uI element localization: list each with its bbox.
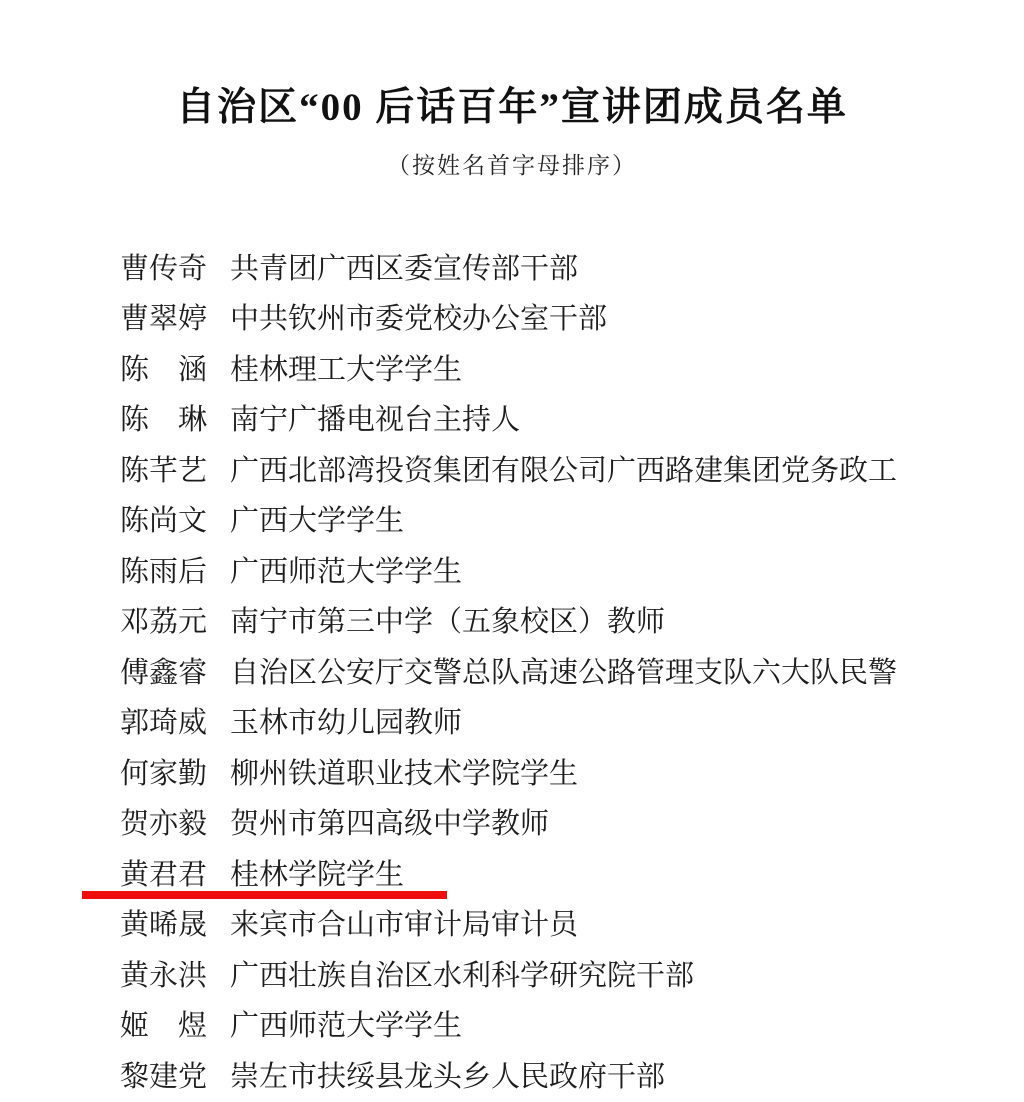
- member-position: 中共钦州市委党校办公室干部: [230, 296, 607, 337]
- member-position: 贺州市第四高级中学教师: [230, 801, 549, 842]
- member-row: 陈 涵 桂林理工大学学生: [0, 342, 1024, 393]
- member-name: 曹翠婷: [120, 296, 230, 337]
- member-name: 陈尚文: [120, 498, 230, 539]
- member-row: 陈尚文 广西大学学生: [0, 494, 1024, 545]
- member-row: 郭琦威 玉林市幼儿园教师: [0, 696, 1024, 747]
- member-position: 广西师范大学学生: [230, 1003, 462, 1044]
- member-position: 来宾市合山市审计局审计员: [230, 902, 578, 943]
- member-name: 黄晞晟: [120, 902, 230, 943]
- member-position: 广西北部湾投资集团有限公司广西路建集团党务政工: [230, 448, 897, 489]
- member-position: 广西大学学生: [230, 498, 404, 539]
- member-name: 姬 煜: [120, 1003, 230, 1044]
- member-name: 黎建党: [120, 1054, 230, 1095]
- member-position: 崇左市扶绥县龙头乡人民政府干部: [230, 1054, 665, 1095]
- member-row: 陈 琳 南宁广播电视台主持人: [0, 393, 1024, 444]
- member-name: 黄君君: [120, 852, 230, 893]
- member-position: 自治区公安厅交警总队高速公路管理支队六大队民警: [230, 650, 897, 691]
- member-row: 贺亦毅 贺州市第四高级中学教师: [0, 797, 1024, 848]
- member-name: 郭琦威: [120, 700, 230, 741]
- member-name: 陈 琳: [120, 397, 230, 438]
- member-position: 广西壮族自治区水利科学研究院干部: [230, 953, 694, 994]
- document-page: 自治区“00 后话百年”宣讲团成员名单 （按姓名首字母排序） 曹传奇 共青团广西…: [0, 0, 1024, 1102]
- member-row: 黄永洪 广西壮族自治区水利科学研究院干部: [0, 948, 1024, 999]
- member-name: 傅鑫睿: [120, 650, 230, 691]
- member-row: 姬 煜 广西师范大学学生: [0, 999, 1024, 1050]
- member-name: 邓荔元: [120, 599, 230, 640]
- member-row: 何家勤 柳州铁道职业技术学院学生: [0, 746, 1024, 797]
- member-name: 何家勤: [120, 751, 230, 792]
- member-position: 桂林学院学生: [230, 852, 404, 893]
- member-row: 陈芊艺 广西北部湾投资集团有限公司广西路建集团党务政工: [0, 443, 1024, 494]
- member-position: 广西师范大学学生: [230, 549, 462, 590]
- member-row: 黄君君 桂林学院学生: [0, 847, 1024, 898]
- member-row: 曹传奇 共青团广西区委宣传部干部: [0, 241, 1024, 292]
- member-position: 南宁广播电视台主持人: [230, 397, 520, 438]
- member-position: 共青团广西区委宣传部干部: [230, 246, 578, 287]
- member-row: 黎建党 崇左市扶绥县龙头乡人民政府干部: [0, 1049, 1024, 1100]
- member-position: 玉林市幼儿园教师: [230, 700, 462, 741]
- member-row: 黄晞晟 来宾市合山市审计局审计员: [0, 898, 1024, 949]
- member-name: 陈雨后: [120, 549, 230, 590]
- member-name: 黄永洪: [120, 953, 230, 994]
- member-position: 南宁市第三中学（五象校区）教师: [230, 599, 665, 640]
- member-row: 傅鑫睿 自治区公安厅交警总队高速公路管理支队六大队民警: [0, 645, 1024, 696]
- member-name: 曹传奇: [120, 246, 230, 287]
- member-position: 柳州铁道职业技术学院学生: [230, 751, 578, 792]
- member-name: 贺亦毅: [120, 801, 230, 842]
- member-name: 陈 涵: [120, 347, 230, 388]
- member-row: 陈雨后 广西师范大学学生: [0, 544, 1024, 595]
- member-name: 陈芊艺: [120, 448, 230, 489]
- document-subtitle: （按姓名首字母排序）: [0, 147, 1024, 180]
- member-row: 邓荔元 南宁市第三中学（五象校区）教师: [0, 595, 1024, 646]
- document-title: 自治区“00 后话百年”宣讲团成员名单: [0, 76, 1024, 132]
- member-row: 曹翠婷 中共钦州市委党校办公室干部: [0, 292, 1024, 343]
- member-list: 曹传奇 共青团广西区委宣传部干部 曹翠婷 中共钦州市委党校办公室干部 陈 涵 桂…: [0, 241, 1024, 1100]
- member-position: 桂林理工大学学生: [230, 347, 462, 388]
